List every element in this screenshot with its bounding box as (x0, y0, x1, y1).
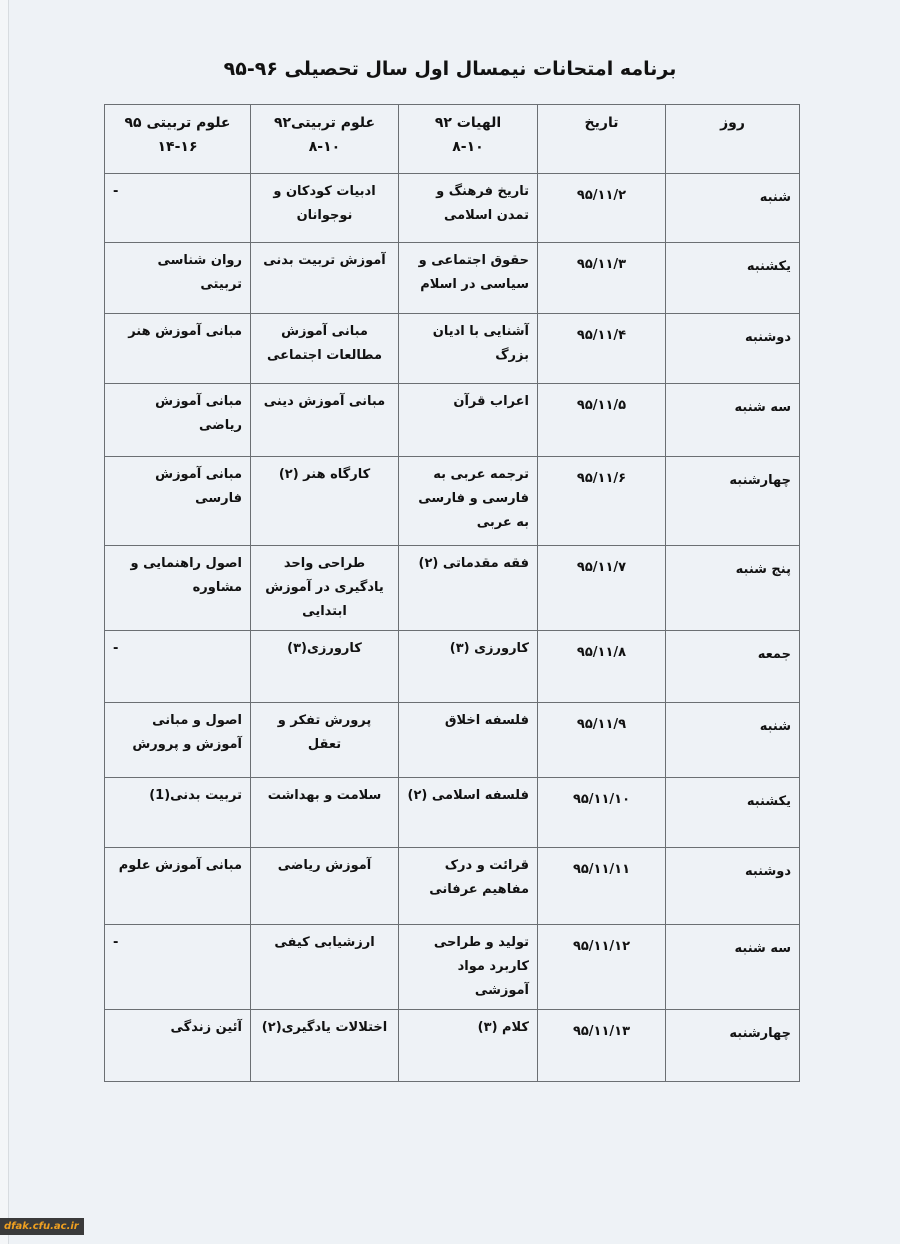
date-cell: ۹۵/۱۱/۹ (538, 703, 666, 778)
day-cell: چهارشنبه (666, 457, 800, 546)
table-row: یکشنبه۹۵/۱۱/۱۰فلسفه اسلامی (۲)سلامت و به… (105, 778, 800, 848)
elahiyat-92-cell: فلسفه اسلامی (۲) (399, 778, 538, 848)
date-cell: ۹۵/۱۱/۱۰ (538, 778, 666, 848)
elahiyat-92-cell: آشنایی با ادیان بزرگ (399, 314, 538, 384)
tarbiati-95-cell: آئین زندگی (105, 1010, 251, 1082)
elahiyat-92-cell: حقوق اجتماعی و سیاسی در اسلام (399, 243, 538, 314)
tarbiati-92-cell: کارورزی(۳) (251, 631, 399, 703)
elahiyat-92-cell: فقه مقدماتی (۲) (399, 546, 538, 631)
table-row: شنبه۹۵/۱۱/۹فلسفه اخلاقپرورش تفکر و تعقلا… (105, 703, 800, 778)
day-cell: چهارشنبه (666, 1010, 800, 1082)
table-row: شنبه۹۵/۱۱/۲تاریخ فرهنگ و تمدن اسلامیادبی… (105, 174, 800, 243)
tarbiati-95-cell: تربیت بدنی(1) (105, 778, 251, 848)
header-date: تاریخ (538, 105, 666, 174)
day-cell: دوشنبه (666, 848, 800, 925)
elahiyat-92-cell: تولید و طراحی کاربرد مواد آموزشی (399, 925, 538, 1010)
tarbiati-92-cell: اختلالات یادگیری(۲) (251, 1010, 399, 1082)
scan-edge (0, 0, 9, 1244)
table-row: یکشنبه۹۵/۱۱/۳حقوق اجتماعی و سیاسی در اسل… (105, 243, 800, 314)
table-row: دوشنبه۹۵/۱۱/۱۱قرائت و درک مفاهیم عرفانیآ… (105, 848, 800, 925)
tarbiati-92-cell: طراحی واحد یادگیری در آموزش ابتدایی (251, 546, 399, 631)
elahiyat-92-cell: فلسفه اخلاق (399, 703, 538, 778)
elahiyat-92-cell: کارورزی (۳) (399, 631, 538, 703)
document-title: برنامه امتحانات نیمسال اول سال تحصیلی ۹۶… (0, 58, 900, 80)
elahiyat-92-cell: ترجمه عربی به فارسی و فارسی به عربی (399, 457, 538, 546)
tarbiati-92-cell: کارگاه هنر (۲) (251, 457, 399, 546)
date-cell: ۹۵/۱۱/۲ (538, 174, 666, 243)
table-row: چهارشنبه۹۵/۱۱/۱۳کلام (۳)اختلالات یادگیری… (105, 1010, 800, 1082)
table-row: جمعه۹۵/۱۱/۸کارورزی (۳)کارورزی(۳)- (105, 631, 800, 703)
day-cell: شنبه (666, 703, 800, 778)
header-tarbiati-95: علوم تربیتی ۹۵۱۴-۱۶ (105, 105, 251, 174)
tarbiati-95-cell: مبانی آموزش هنر (105, 314, 251, 384)
exam-schedule-table: روز تاریخ الهیات ۹۲۸-۱۰ علوم تربیتی۹۲۸-۱… (104, 104, 800, 1082)
tarbiati-95-cell: اصول و مبانی آموزش و پرورش (105, 703, 251, 778)
tarbiati-95-cell: روان شناسی تربیتی (105, 243, 251, 314)
date-cell: ۹۵/۱۱/۴ (538, 314, 666, 384)
day-cell: یکشنبه (666, 778, 800, 848)
tarbiati-92-cell: آموزش تربیت بدنی (251, 243, 399, 314)
tarbiati-95-cell: مبانی آموزش علوم (105, 848, 251, 925)
tarbiati-95-cell: مبانی آموزش فارسی (105, 457, 251, 546)
tarbiati-92-cell: ادبیات کودکان و نوجوانان (251, 174, 399, 243)
table-row: سه شنبه۹۵/۱۱/۵اعراب قرآنمبانی آموزش دینی… (105, 384, 800, 457)
tarbiati-92-cell: ارزشیابی کیفی (251, 925, 399, 1010)
date-cell: ۹۵/۱۱/۱۲ (538, 925, 666, 1010)
tarbiati-92-cell: آموزش ریاضی (251, 848, 399, 925)
tarbiati-95-cell: مبانی آموزش ریاضی (105, 384, 251, 457)
header-elahiyat-92: الهیات ۹۲۸-۱۰ (399, 105, 538, 174)
day-cell: شنبه (666, 174, 800, 243)
elahiyat-92-cell: تاریخ فرهنگ و تمدن اسلامی (399, 174, 538, 243)
day-cell: جمعه (666, 631, 800, 703)
day-cell: یکشنبه (666, 243, 800, 314)
tarbiati-95-cell: - (105, 174, 251, 243)
tarbiati-95-cell: - (105, 925, 251, 1010)
elahiyat-92-cell: کلام (۳) (399, 1010, 538, 1082)
tarbiati-92-cell: مبانی آموزش دینی (251, 384, 399, 457)
date-cell: ۹۵/۱۱/۱۳ (538, 1010, 666, 1082)
tarbiati-92-cell: مبانی آموزش مطالعات اجتماعی (251, 314, 399, 384)
tarbiati-92-cell: پرورش تفکر و تعقل (251, 703, 399, 778)
date-cell: ۹۵/۱۱/۶ (538, 457, 666, 546)
date-cell: ۹۵/۱۱/۵ (538, 384, 666, 457)
table-header-row: روز تاریخ الهیات ۹۲۸-۱۰ علوم تربیتی۹۲۸-۱… (105, 105, 800, 174)
day-cell: دوشنبه (666, 314, 800, 384)
day-cell: پنج شنبه (666, 546, 800, 631)
tarbiati-95-cell: - (105, 631, 251, 703)
date-cell: ۹۵/۱۱/۳ (538, 243, 666, 314)
day-cell: سه شنبه (666, 384, 800, 457)
site-watermark: dfak.cfu.ac.ir (0, 1218, 84, 1235)
table-row: دوشنبه۹۵/۱۱/۴آشنایی با ادیان بزرگمبانی آ… (105, 314, 800, 384)
tarbiati-95-cell: اصول راهنمایی و مشاوره (105, 546, 251, 631)
table-row: سه شنبه۹۵/۱۱/۱۲تولید و طراحی کاربرد مواد… (105, 925, 800, 1010)
date-cell: ۹۵/۱۱/۷ (538, 546, 666, 631)
table-row: چهارشنبه۹۵/۱۱/۶ترجمه عربی به فارسی و فار… (105, 457, 800, 546)
elahiyat-92-cell: قرائت و درک مفاهیم عرفانی (399, 848, 538, 925)
header-tarbiati-92: علوم تربیتی۹۲۸-۱۰ (251, 105, 399, 174)
date-cell: ۹۵/۱۱/۸ (538, 631, 666, 703)
table-row: پنج شنبه۹۵/۱۱/۷فقه مقدماتی (۲)طراحی واحد… (105, 546, 800, 631)
tarbiati-92-cell: سلامت و بهداشت (251, 778, 399, 848)
elahiyat-92-cell: اعراب قرآن (399, 384, 538, 457)
date-cell: ۹۵/۱۱/۱۱ (538, 848, 666, 925)
day-cell: سه شنبه (666, 925, 800, 1010)
header-day: روز (666, 105, 800, 174)
